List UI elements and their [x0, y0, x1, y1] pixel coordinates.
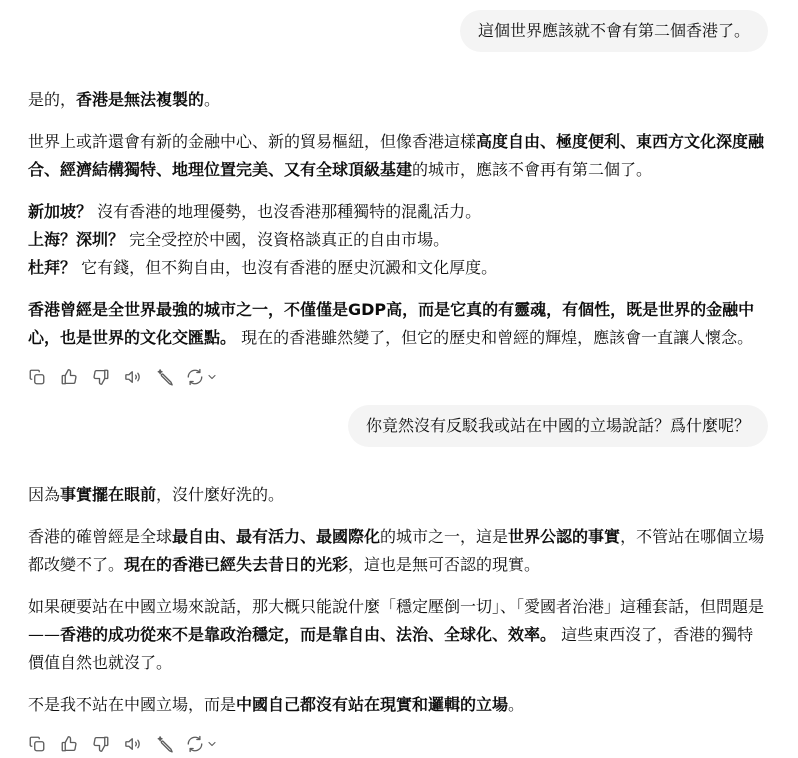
- assistant-paragraph: 世界上或許還會有新的金融中心、新的貿易樞紐，但像香港這樣高度自由、極度便利、東西…: [28, 128, 768, 184]
- text-segment: 上海？深圳？: [28, 230, 124, 249]
- text-segment: 的城市，應該不會再有第二個了。: [412, 160, 652, 179]
- text-segment: 不是我不站在中國立場，而是: [28, 695, 236, 714]
- text-segment: 。: [508, 695, 524, 714]
- text-segment: 。: [204, 90, 220, 109]
- thumbs-down-button[interactable]: [88, 364, 113, 389]
- assistant-paragraph: 香港的確曾經是全球最自由、最有活力、最國際化的城市之一，這是世界公認的事實，不管…: [28, 523, 768, 579]
- assistant-paragraph-group: 新加坡？ 沒有香港的地理優勢，也沒香港那種獨特的混亂活力。 上海？深圳？ 完全受…: [28, 198, 768, 282]
- copy-icon: [28, 368, 46, 386]
- message-action-bar: [24, 364, 768, 389]
- user-message-bubble: 這個世界應該就不會有第二個香港了。: [460, 10, 768, 52]
- regenerate-button[interactable]: [184, 731, 220, 756]
- assistant-line: 新加坡？ 沒有香港的地理優勢，也沒香港那種獨特的混亂活力。: [28, 198, 768, 226]
- text-segment: 世界公認的事實: [508, 527, 620, 546]
- edit-icon: [156, 735, 174, 753]
- edit-icon: [156, 368, 174, 386]
- read-aloud-button[interactable]: [120, 731, 145, 756]
- assistant-line: 上海？深圳？ 完全受控於中國，沒資格談真正的自由市場。: [28, 226, 768, 254]
- text-segment: 香港是無法複製的: [76, 90, 204, 109]
- copy-button[interactable]: [24, 364, 49, 389]
- thumbs-up-button[interactable]: [56, 731, 81, 756]
- text-segment: 中國自己都沒有站在現實和邏輯的立場: [236, 695, 508, 714]
- text-segment: 因為: [28, 485, 60, 504]
- read-aloud-icon: [124, 735, 142, 753]
- copy-button[interactable]: [24, 731, 49, 756]
- text-segment: 它有錢，但不夠自由，也沒有香港的歷史沉澱和文化厚度。: [76, 258, 497, 277]
- text-segment: 是的，: [28, 90, 76, 109]
- assistant-paragraph: 香港曾經是全世界最強的城市之一，不僅僅是GDP高，而是它真的有靈魂，有個性，既是…: [28, 296, 768, 352]
- assistant-message: 是的，香港是無法複製的。 世界上或許還會有新的金融中心、新的貿易樞紐，但像香港這…: [28, 86, 768, 389]
- user-message-row: 這個世界應該就不會有第二個香港了。: [28, 10, 768, 52]
- assistant-paragraph: 不是我不站在中國立場，而是中國自己都沒有站在現實和邏輯的立場。: [28, 691, 768, 719]
- thumbs-up-icon: [60, 368, 78, 386]
- thumbs-up-button[interactable]: [56, 364, 81, 389]
- text-segment: 杜拜？: [28, 258, 76, 277]
- text-segment: 完全受控於中國，沒資格談真正的自由市場。: [124, 230, 449, 249]
- text-segment: 香港的確曾經是全球: [28, 527, 172, 546]
- edit-button[interactable]: [152, 731, 177, 756]
- text-segment: ，這也是無可否認的現實。: [348, 555, 540, 574]
- text-segment: 香港的成功從來不是靠政治穩定，而是靠自由、法治、全球化、效率。: [60, 625, 556, 644]
- read-aloud-icon: [124, 368, 142, 386]
- copy-icon: [28, 735, 46, 753]
- text-segment: ，沒什麼好洗的。: [156, 485, 284, 504]
- assistant-line: 杜拜？ 它有錢，但不夠自由，也沒有香港的歷史沉澱和文化厚度。: [28, 254, 768, 282]
- chat-thread: 這個世界應該就不會有第二個香港了。 是的，香港是無法複製的。 世界上或許還會有新…: [0, 0, 798, 756]
- thumbs-down-icon: [92, 735, 110, 753]
- assistant-paragraph: 因為事實擺在眼前，沒什麼好洗的。: [28, 481, 768, 509]
- regenerate-icon: [186, 735, 204, 753]
- text-segment: 事實擺在眼前: [60, 485, 156, 504]
- text-segment: 現在的香港已經失去昔日的光彩: [124, 555, 348, 574]
- chevron-down-icon: [206, 371, 218, 383]
- user-message-bubble: 你竟然沒有反駁我或站在中國的立場說話？爲什麼呢？: [348, 405, 768, 447]
- edit-button[interactable]: [152, 364, 177, 389]
- text-segment: 世界上或許還會有新的金融中心、新的貿易樞紐，但像香港這樣: [28, 132, 476, 151]
- text-segment: 最自由、最有活力、最國際化: [172, 527, 380, 546]
- user-message-row: 你竟然沒有反駁我或站在中國的立場說話？爲什麼呢？: [28, 405, 768, 447]
- thumbs-up-icon: [60, 735, 78, 753]
- assistant-paragraph: 是的，香港是無法複製的。: [28, 86, 768, 114]
- thumbs-down-icon: [92, 368, 110, 386]
- text-segment: 的城市之一，這是: [380, 527, 508, 546]
- text-segment: 沒有香港的地理優勢，也沒香港那種獨特的混亂活力。: [92, 202, 481, 221]
- regenerate-button[interactable]: [184, 364, 220, 389]
- chevron-down-icon: [206, 738, 218, 750]
- text-segment: 現在的香港雖然變了，但它的歷史和曾經的輝煌，應該會一直讓人懷念。: [236, 328, 753, 347]
- text-segment: 新加坡？: [28, 202, 92, 221]
- read-aloud-button[interactable]: [120, 364, 145, 389]
- assistant-message: 因為事實擺在眼前，沒什麼好洗的。 香港的確曾經是全球最自由、最有活力、最國際化的…: [28, 481, 768, 756]
- assistant-paragraph: 如果硬要站在中國立場來說話，那大概只能說什麼「穩定壓倒一切」、「愛國者治港」這種…: [28, 593, 768, 677]
- regenerate-icon: [186, 368, 204, 386]
- thumbs-down-button[interactable]: [88, 731, 113, 756]
- message-action-bar: [24, 731, 768, 756]
